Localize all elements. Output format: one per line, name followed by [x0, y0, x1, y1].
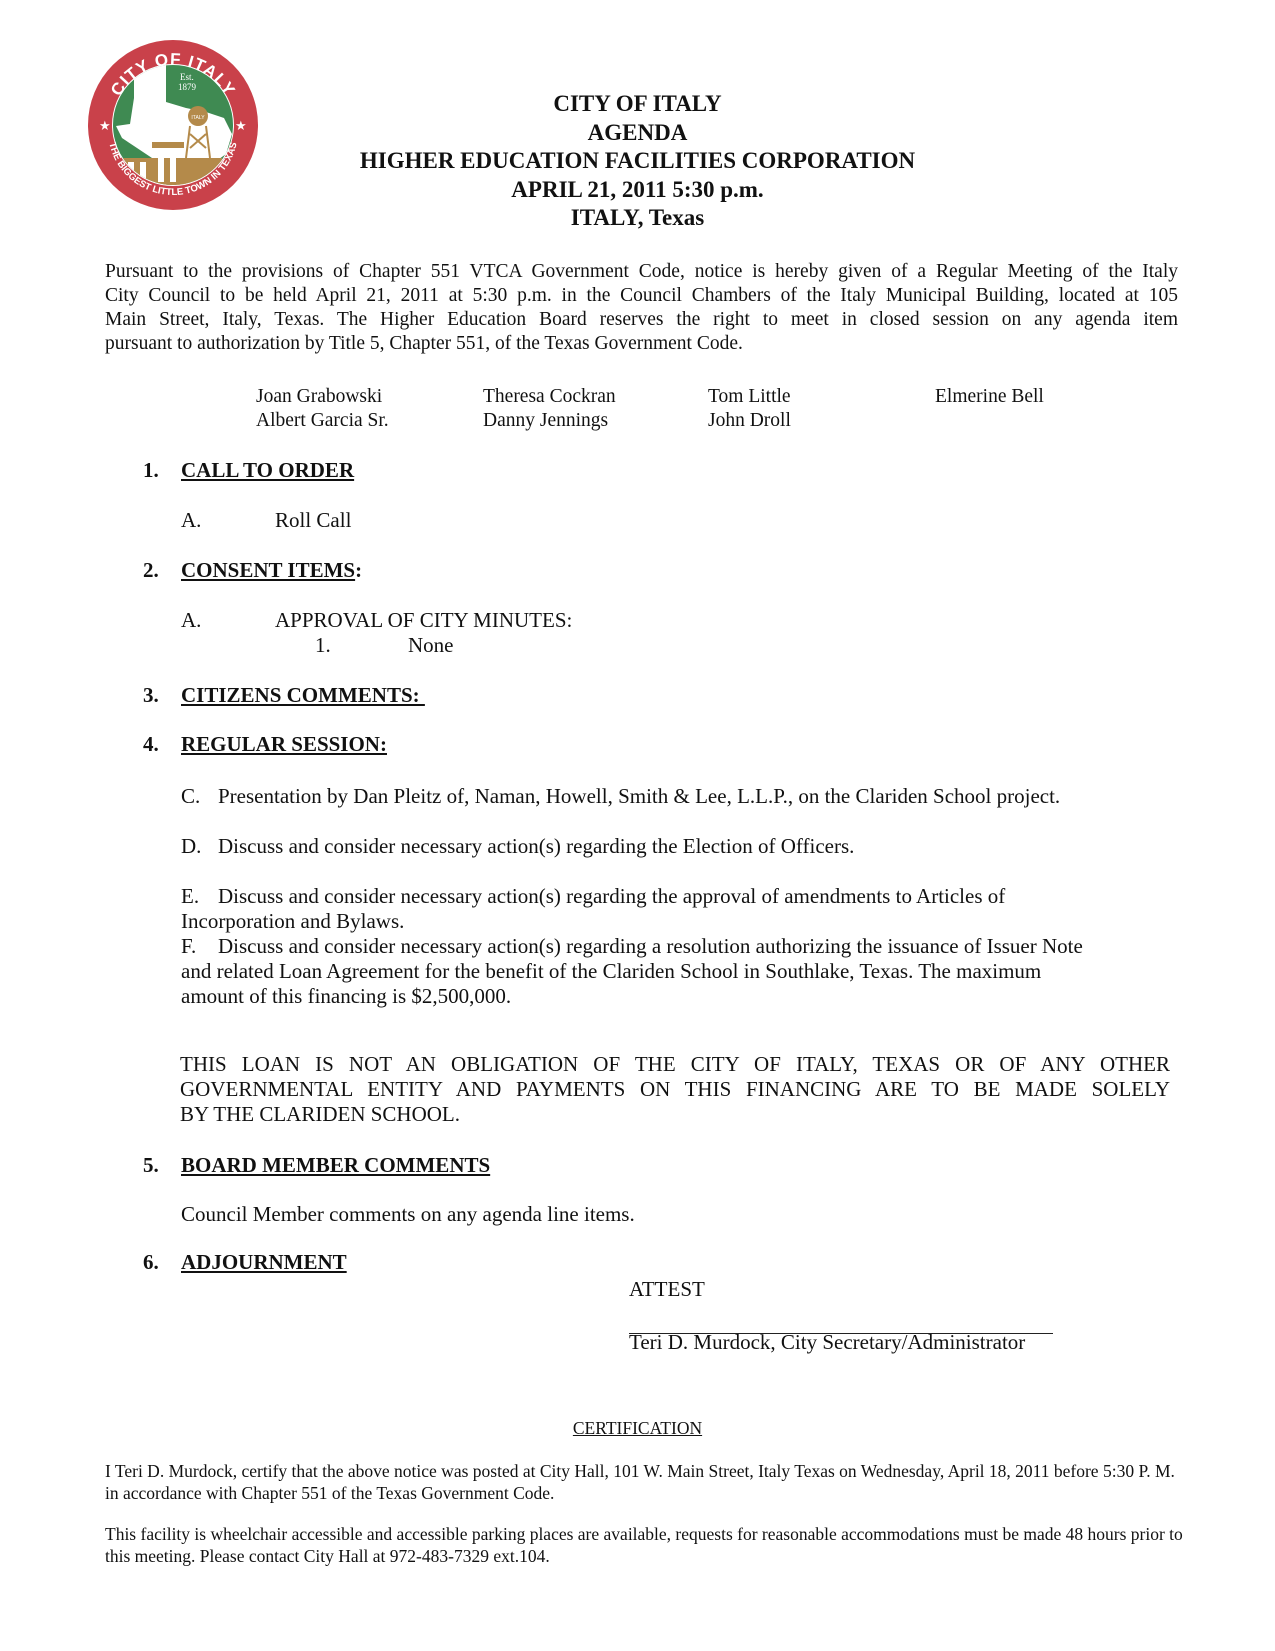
certification-title: CERTIFICATION — [0, 1418, 1275, 1439]
notice-line: City Council to be held April 21, 2011 a… — [105, 284, 1178, 308]
member-name: John Droll — [708, 410, 791, 432]
item-text-continued: amount of this financing is $2,500,000. — [181, 984, 511, 1009]
section-number: 2. — [143, 558, 159, 583]
disclaimer-line: GOVERNMENTAL ENTITY AND PAYMENTS ON THIS… — [180, 1077, 1170, 1102]
item-letter: E. — [181, 884, 199, 909]
item-letter: A. — [181, 608, 201, 633]
section-heading: CONSENT ITEMS: — [181, 558, 362, 583]
title-date: APRIL 21, 2011 5:30 p.m. — [0, 176, 1275, 205]
notice-line: Pursuant to the provisions of Chapter 55… — [105, 260, 1178, 284]
sub-item-number: 1. — [315, 633, 331, 658]
member-name: Theresa Cockran — [483, 386, 616, 408]
section-title: BOARD MEMBER COMMENTS — [181, 1153, 490, 1178]
item-text: APPROVAL OF CITY MINUTES: — [275, 608, 572, 633]
section-number: 6. — [143, 1250, 159, 1275]
member-name: Tom Little — [708, 386, 791, 408]
item-text-continued: and related Loan Agreement for the benef… — [181, 959, 1041, 984]
attest-label: ATTEST — [629, 1277, 705, 1302]
loan-disclaimer: THIS LOAN IS NOT AN OBLIGATION OF THE CI… — [180, 1052, 1170, 1127]
item-text: Discuss and consider necessary action(s)… — [218, 934, 1083, 959]
svg-text:Est.: Est. — [180, 72, 194, 82]
section-title: CITIZENS COMMENTS: — [181, 683, 425, 708]
item-text: Roll Call — [275, 508, 351, 533]
certification-text: I Teri D. Murdock, certify that the abov… — [105, 1461, 1185, 1504]
title-city: CITY OF ITALY — [0, 90, 1275, 119]
item-text: Discuss and consider necessary action(s)… — [218, 834, 854, 859]
section-text: Council Member comments on any agenda li… — [181, 1202, 635, 1227]
title-location: ITALY, Texas — [0, 204, 1275, 233]
member-name: Danny Jennings — [483, 410, 608, 432]
item-letter: C. — [181, 784, 200, 809]
section-number: 4. — [143, 732, 159, 757]
item-text-continued: Incorporation and Bylaws. — [181, 909, 404, 934]
attest-signer: Teri D. Murdock, City Secretary/Administ… — [629, 1330, 1025, 1355]
notice-line: Main Street, Italy, Texas. The Higher Ed… — [105, 308, 1178, 332]
disclaimer-line: BY THE CLARIDEN SCHOOL. — [180, 1102, 1170, 1127]
section-number: 1. — [143, 458, 159, 483]
section-title: ADJOURNMENT — [181, 1250, 347, 1275]
section-title: REGULAR SESSION: — [181, 732, 387, 757]
member-name: Joan Grabowski — [256, 386, 382, 408]
sub-item-text: None — [408, 633, 454, 658]
member-name: Albert Garcia Sr. — [256, 410, 389, 432]
item-letter: D. — [181, 834, 201, 859]
disclaimer-line: THIS LOAN IS NOT AN OBLIGATION OF THE CI… — [180, 1052, 1170, 1077]
section-number: 3. — [143, 683, 159, 708]
title-agenda: AGENDA — [0, 119, 1275, 148]
notice-paragraph: Pursuant to the provisions of Chapter 55… — [105, 260, 1178, 356]
title-corporation: HIGHER EDUCATION FACILITIES CORPORATION — [0, 147, 1275, 176]
item-text: Discuss and consider necessary action(s)… — [218, 884, 1005, 909]
section-title: CONSENT ITEMS — [181, 558, 355, 582]
agenda-title-block: CITY OF ITALY AGENDA HIGHER EDUCATION FA… — [0, 90, 1275, 233]
item-text: Presentation by Dan Pleitz of, Naman, Ho… — [218, 784, 1060, 809]
section-title: CALL TO ORDER — [181, 458, 354, 483]
member-name: Elmerine Bell — [935, 386, 1044, 408]
item-letter: A. — [181, 508, 201, 533]
notice-line: pursuant to authorization by Title 5, Ch… — [105, 332, 1178, 356]
accessibility-notice: This facility is wheelchair accessible a… — [105, 1524, 1185, 1567]
item-letter: F. — [181, 934, 196, 959]
section-number: 5. — [143, 1153, 159, 1178]
section-title-suffix: : — [355, 558, 362, 582]
